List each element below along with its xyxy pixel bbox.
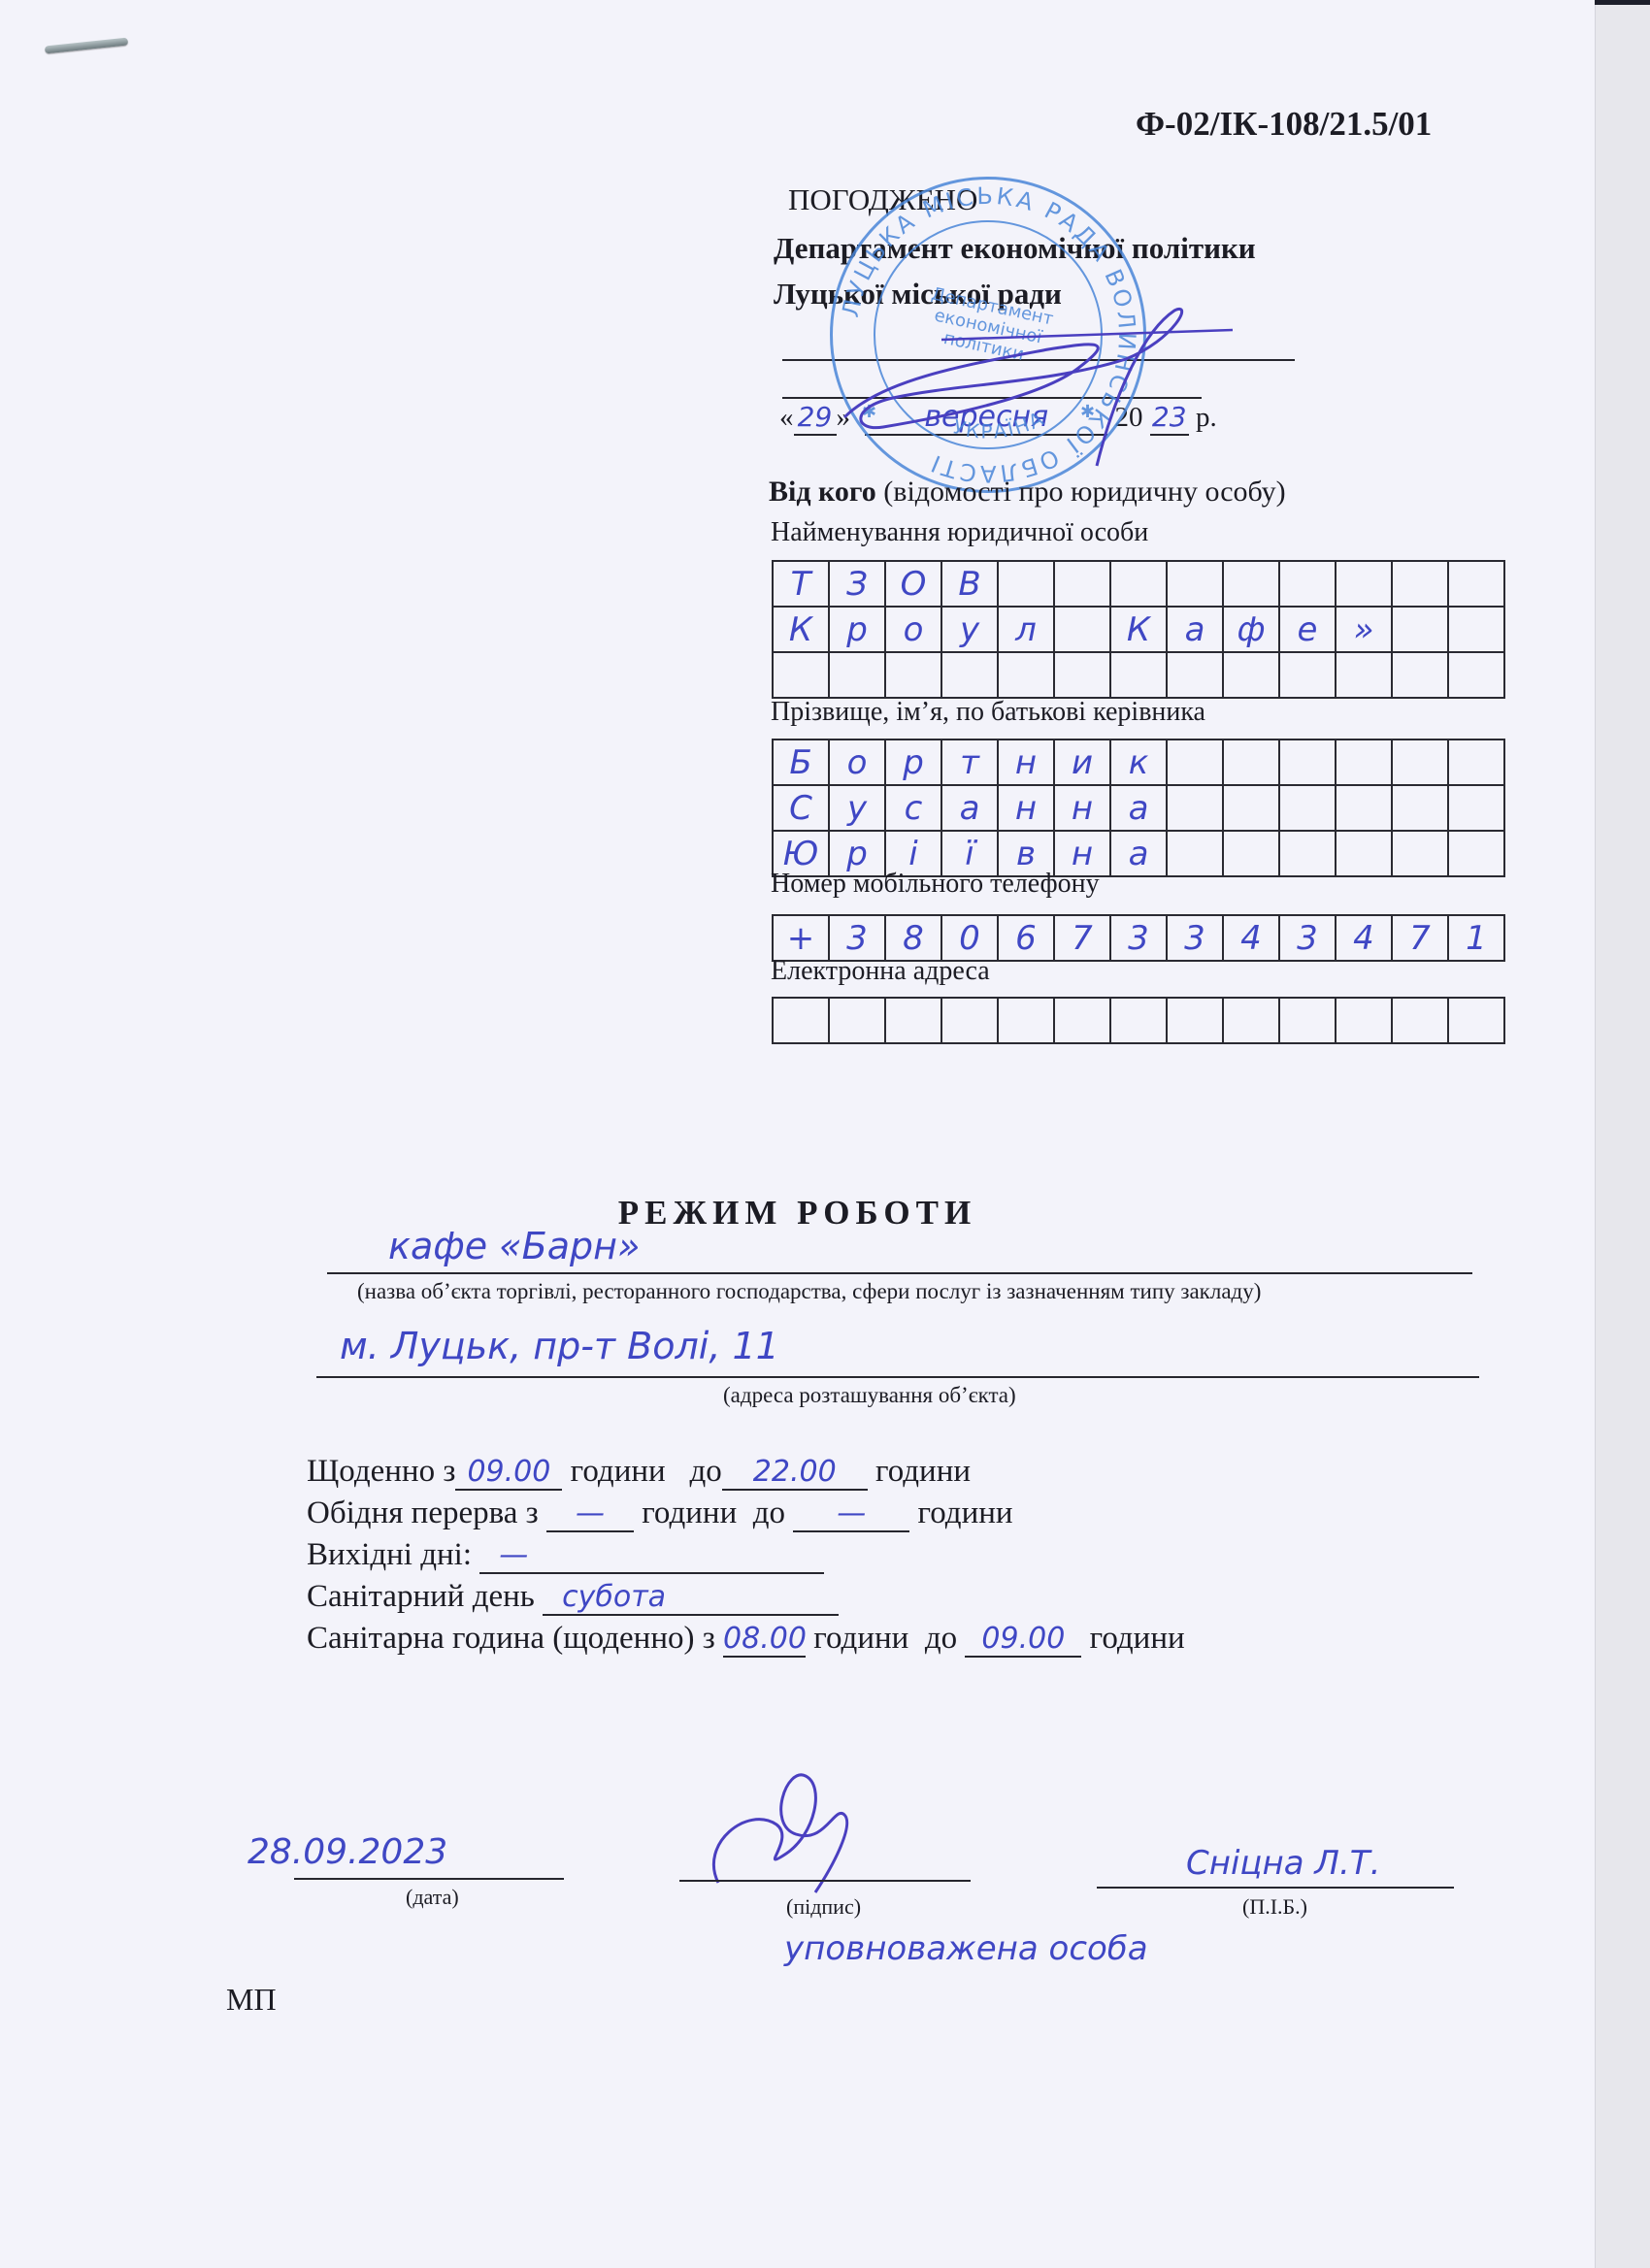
grid-cell[interactable]: с [885, 785, 941, 831]
grid-cell[interactable] [1167, 785, 1223, 831]
grid-cell[interactable] [1336, 785, 1392, 831]
grid-cell[interactable] [1223, 998, 1279, 1043]
signature-line [679, 1880, 971, 1882]
grid-cell[interactable] [1448, 652, 1504, 698]
grid-cell[interactable] [1392, 652, 1448, 698]
lunch-break-row: Обідня перерва з — години до — години [307, 1496, 1013, 1532]
grid-cell[interactable]: 3 [829, 915, 885, 961]
daily-to-value[interactable]: 22.00 [753, 1455, 837, 1489]
grid-cell[interactable]: О [885, 561, 941, 607]
grid-row: Бортник [773, 740, 1504, 785]
sanitary-day-value[interactable]: субота [562, 1580, 666, 1614]
grid-cell[interactable]: 0 [941, 915, 998, 961]
grid-cell[interactable] [1223, 831, 1279, 876]
object-name-line [327, 1272, 1472, 1274]
year-unit: р. [1196, 402, 1217, 433]
grid-cell[interactable] [1223, 740, 1279, 785]
entity-name-grid[interactable]: ТЗОВКроулКафе» [772, 560, 1505, 699]
grid-cell[interactable] [1392, 831, 1448, 876]
grid-cell[interactable]: т [941, 740, 998, 785]
grid-cell[interactable]: о [829, 740, 885, 785]
grid-row: ТЗОВ [773, 561, 1504, 607]
grid-row [773, 652, 1504, 698]
entity-name-label: Найменування юридичної особи [771, 517, 1148, 548]
svg-text:✱: ✱ [1080, 402, 1095, 421]
grid-cell[interactable]: З [829, 561, 885, 607]
grid-cell[interactable]: а [1167, 607, 1223, 652]
grid-cell[interactable] [1110, 998, 1167, 1043]
grid-cell[interactable]: » [1336, 607, 1392, 652]
schedule-title: РЕЖИМ РОБОТИ [0, 1194, 1595, 1233]
grid-cell[interactable]: 7 [1392, 915, 1448, 961]
sanitary-hour-from-value[interactable]: 08.00 [723, 1622, 807, 1656]
authorized-person-note: уповноважена особа [784, 1929, 1148, 1968]
grid-cell[interactable] [1279, 785, 1336, 831]
phone-label: Номер мобільного телефону [771, 869, 1100, 900]
grid-cell[interactable]: К [773, 607, 829, 652]
sanitary-hour-row: Санітарна година (щоденно) з 08.00 годин… [307, 1621, 1185, 1658]
daily-from-value[interactable]: 09.00 [467, 1455, 550, 1489]
grid-cell[interactable]: к [1110, 740, 1167, 785]
grid-cell[interactable] [1054, 561, 1110, 607]
form-code: Ф-02/ІК-108/21.5/01 [1136, 105, 1432, 144]
grid-cell[interactable] [1110, 561, 1167, 607]
grid-cell[interactable] [1223, 652, 1279, 698]
grid-cell[interactable]: л [998, 607, 1054, 652]
grid-cell[interactable]: 8 [885, 915, 941, 961]
grid-cell[interactable] [998, 652, 1054, 698]
grid-cell[interactable] [1167, 740, 1223, 785]
scan-edge [1595, 0, 1650, 2268]
phone-grid[interactable]: +380673343471 [772, 914, 1505, 962]
grid-cell[interactable] [1392, 998, 1448, 1043]
grid-cell[interactable]: о [885, 607, 941, 652]
grid-cell[interactable] [1279, 561, 1336, 607]
grid-cell[interactable] [1167, 831, 1223, 876]
date-caption: (дата) [406, 1885, 459, 1910]
grid-row: +380673343471 [773, 915, 1504, 961]
grid-cell[interactable]: н [998, 785, 1054, 831]
grid-cell[interactable]: + [773, 915, 829, 961]
grid-cell[interactable] [1336, 740, 1392, 785]
daily-hours-row: Щоденно з09.00 години до22.00 години [307, 1454, 971, 1491]
grid-cell[interactable] [1223, 561, 1279, 607]
official-stamp: ЛУЦЬКА МІСЬКА РАДА ВОЛИНСЬКОЇ ОБЛАСТІ УК… [830, 177, 1146, 493]
grid-row: Сусанна [773, 785, 1504, 831]
grid-cell[interactable] [1392, 740, 1448, 785]
grid-cell[interactable]: 3 [1167, 915, 1223, 961]
grid-cell[interactable] [998, 561, 1054, 607]
grid-cell[interactable] [1336, 561, 1392, 607]
grid-cell[interactable]: а [1110, 831, 1167, 876]
grid-cell[interactable] [1110, 652, 1167, 698]
grid-cell[interactable] [1167, 561, 1223, 607]
grid-cell[interactable] [829, 998, 885, 1043]
object-name-caption: (назва об’єкта торгівлі, ресторанного го… [357, 1279, 1261, 1304]
grid-cell[interactable] [1054, 652, 1110, 698]
grid-cell[interactable] [829, 652, 885, 698]
grid-cell[interactable] [1336, 831, 1392, 876]
grid-cell[interactable]: р [885, 740, 941, 785]
grid-cell[interactable]: н [998, 740, 1054, 785]
grid-row [773, 998, 1504, 1043]
grid-cell[interactable]: Б [773, 740, 829, 785]
grid-cell[interactable]: а [941, 785, 998, 831]
signer-name-value[interactable]: Сніцна Л.Т. [1186, 1844, 1380, 1883]
grid-cell[interactable]: и [1054, 740, 1110, 785]
days-off-row: Вихідні дні: — [307, 1537, 824, 1574]
sanitary-day-row: Санітарний день субота [307, 1579, 839, 1616]
grid-cell[interactable] [1054, 607, 1110, 652]
grid-cell[interactable] [1279, 652, 1336, 698]
grid-cell[interactable] [1448, 998, 1504, 1043]
grid-cell[interactable]: 7 [1054, 915, 1110, 961]
approval-year: 23 [1152, 401, 1187, 433]
grid-cell[interactable]: 3 [1110, 915, 1167, 961]
grid-cell[interactable] [998, 998, 1054, 1043]
grid-cell[interactable] [1279, 998, 1336, 1043]
date-line [294, 1878, 564, 1880]
grid-cell[interactable] [885, 652, 941, 698]
grid-cell[interactable]: е [1279, 607, 1336, 652]
grid-cell[interactable]: 1 [1448, 915, 1504, 961]
grid-cell[interactable] [1336, 998, 1392, 1043]
address-caption: (адреса розташування об’єкта) [723, 1383, 1016, 1408]
director-name-grid[interactable]: БортникСусаннаЮріївна [772, 739, 1505, 877]
svg-text:✱: ✱ [862, 402, 876, 421]
grid-cell[interactable] [1167, 998, 1223, 1043]
grid-cell[interactable] [941, 998, 998, 1043]
days-off-value[interactable]: — [499, 1538, 528, 1572]
signing-date-value[interactable]: 28.09.2023 [247, 1832, 447, 1872]
grid-cell[interactable] [1392, 607, 1448, 652]
grid-cell[interactable] [941, 652, 998, 698]
grid-cell[interactable]: К [1110, 607, 1167, 652]
grid-cell[interactable] [1279, 740, 1336, 785]
address-line [316, 1376, 1479, 1378]
grid-cell[interactable]: н [1054, 785, 1110, 831]
grid-cell[interactable] [1448, 740, 1504, 785]
grid-cell[interactable] [1392, 561, 1448, 607]
grid-cell[interactable]: у [941, 607, 998, 652]
grid-cell[interactable] [1054, 998, 1110, 1043]
grid-cell[interactable] [773, 652, 829, 698]
grid-row: КроулКафе» [773, 607, 1504, 652]
grid-cell[interactable] [1279, 831, 1336, 876]
address-value[interactable]: м. Луцьк, пр-т Волі, 11 [340, 1325, 779, 1367]
email-grid[interactable] [772, 997, 1505, 1044]
grid-cell[interactable] [1167, 652, 1223, 698]
grid-cell[interactable] [773, 998, 829, 1043]
sanitary-hour-to-value[interactable]: 09.00 [981, 1622, 1065, 1656]
grid-cell[interactable]: Т [773, 561, 829, 607]
grid-cell[interactable]: р [829, 607, 885, 652]
grid-cell[interactable]: а [1110, 785, 1167, 831]
grid-cell[interactable] [1448, 831, 1504, 876]
grid-cell[interactable] [1336, 652, 1392, 698]
grid-cell[interactable] [885, 998, 941, 1043]
grid-cell[interactable]: 4 [1336, 915, 1392, 961]
grid-cell[interactable]: 4 [1223, 915, 1279, 961]
grid-cell[interactable] [1448, 785, 1504, 831]
grid-cell[interactable]: В [941, 561, 998, 607]
grid-cell[interactable]: 3 [1279, 915, 1336, 961]
grid-cell[interactable] [1448, 561, 1504, 607]
scan-corner [1595, 0, 1650, 5]
grid-cell[interactable] [1392, 785, 1448, 831]
svg-text:УКРАЇНА: УКРАЇНА [950, 407, 1048, 444]
quote-open: « [779, 402, 794, 433]
from-label: Від кого (відомості про юридичну особу) [769, 476, 1286, 509]
object-name-value[interactable]: кафе «Барн» [388, 1225, 640, 1267]
director-label: Прізвище, ім’я, по батькові керівника [771, 697, 1205, 728]
signature-caption: (підпис) [786, 1894, 861, 1920]
grid-cell[interactable] [1223, 785, 1279, 831]
name-line [1097, 1887, 1454, 1889]
name-caption: (П.І.Б.) [1242, 1894, 1307, 1920]
grid-cell[interactable]: С [773, 785, 829, 831]
seal-place-label: МП [226, 1982, 277, 2018]
grid-cell[interactable]: ф [1223, 607, 1279, 652]
document-page [0, 0, 1595, 2268]
grid-cell[interactable] [1448, 607, 1504, 652]
lunch-from-value[interactable]: — [576, 1496, 605, 1530]
email-label: Електронна адреса [771, 956, 990, 987]
approval-day: 29 [798, 401, 833, 433]
grid-cell[interactable]: у [829, 785, 885, 831]
lunch-to-value[interactable]: — [837, 1496, 866, 1530]
grid-cell[interactable]: 6 [998, 915, 1054, 961]
